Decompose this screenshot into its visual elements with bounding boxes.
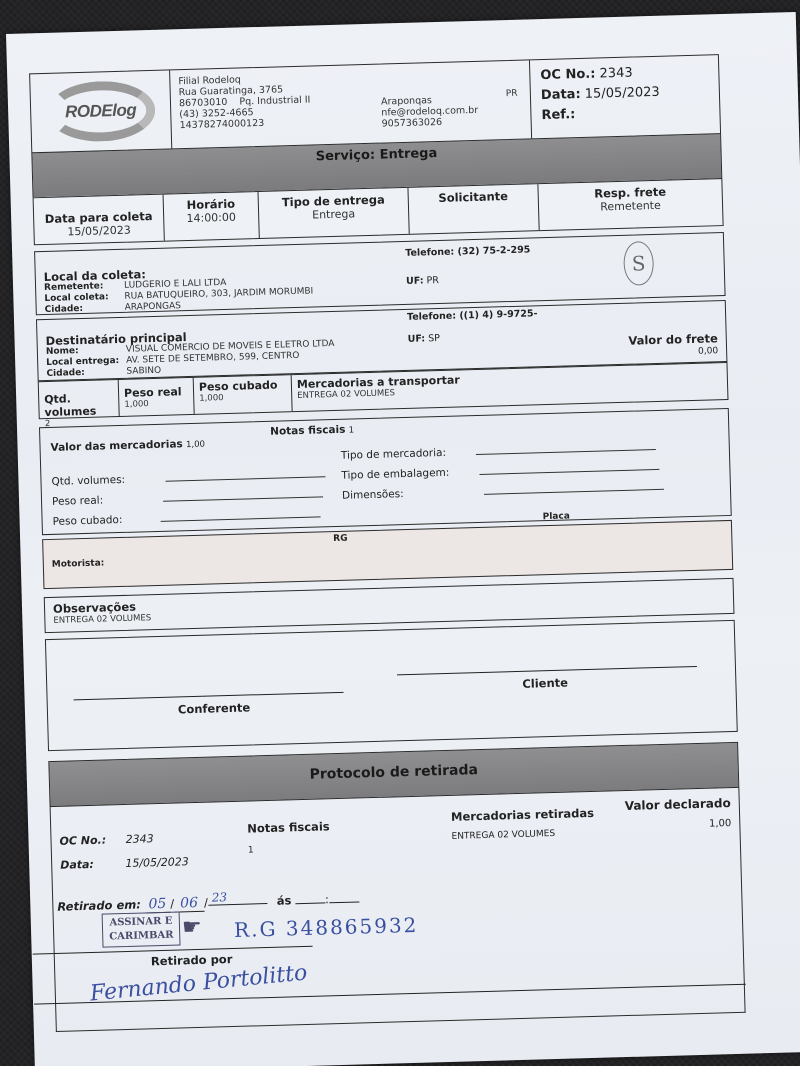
- protocol-oc-label: OC No.:: [59, 834, 106, 848]
- driver-label: Motorista:: [52, 558, 105, 569]
- pointing-hand-icon: ☛: [182, 915, 202, 941]
- oc-label: OC No.:: [540, 67, 595, 84]
- invoices-value: 1: [349, 425, 355, 435]
- cubed-weight-value: 1,000: [199, 391, 286, 403]
- pickup-phone-value: (32) 75-2-295: [457, 244, 530, 257]
- pickup-city-label: Cidade:: [45, 303, 125, 316]
- freight-value: Valor do frete 0,00: [628, 333, 718, 359]
- volumes-label: Qtd. volumes: [44, 391, 114, 419]
- time-value: 14:00:00: [164, 210, 258, 226]
- withdrawn-on-label: Retirado em:: [57, 897, 141, 913]
- withdrawn-day: 05: [144, 896, 170, 914]
- checker-signature-line[interactable]: [74, 692, 344, 701]
- dimensions-label: Dimensões:: [342, 488, 404, 502]
- pickup-date-cell: Data para coleta 15/05/2023: [34, 195, 165, 245]
- cubed-weight-field[interactable]: Peso cubado:: [52, 506, 320, 527]
- goods-real-weight-label: Peso real:: [52, 494, 103, 507]
- rg-label: RG: [333, 534, 348, 544]
- declared-value-amount: 1,00: [709, 818, 732, 830]
- client-label: Cliente: [522, 676, 568, 691]
- stamp-line-2: CARIMBAR: [109, 929, 174, 945]
- pickup-phone-label: Telefone:: [405, 247, 454, 259]
- protocol-invoices-value: 1: [248, 845, 254, 855]
- real-weight-field[interactable]: Peso real:: [52, 486, 323, 508]
- delivery-type-cell: Tipo de entrega Entrega: [259, 188, 410, 238]
- dimensions-field[interactable]: Dimensões:: [342, 479, 664, 502]
- company-logo: RODElog: [46, 80, 156, 143]
- protocol-date-value: 15/05/2023: [125, 855, 189, 870]
- company-uf: PR: [506, 89, 518, 100]
- minute-field[interactable]: [329, 901, 359, 903]
- cubed-weight-label: Peso cubado: [199, 378, 286, 393]
- goods-value-label: Valor das mercadorias: [50, 438, 182, 454]
- real-weight-label: Peso real: [124, 385, 188, 400]
- withdrawn-by-label: Retirado por: [151, 952, 233, 968]
- logo-text: RODElog: [65, 100, 137, 122]
- protocol-goods-label: Mercadorias retiradas: [451, 806, 594, 824]
- withdrawn-month: 06: [174, 895, 204, 913]
- requester-label: Solicitante: [409, 188, 538, 206]
- volumes-field[interactable]: Qtd. volumes:: [51, 466, 325, 488]
- company-contact: Araponqas nfe@rodeloq.com.br 9057363026: [381, 94, 479, 130]
- document-sheet: RODElog Filial Rodeloq Rua Guaratinga, 3…: [6, 12, 800, 1066]
- goods-volumes-label: Qtd. volumes:: [51, 474, 125, 488]
- company-address: Filial Rodeloq Rua Guaratinga, 3765 8670…: [170, 60, 532, 148]
- time-cell: Horário 14:00:00: [164, 192, 260, 241]
- hour-field[interactable]: [295, 902, 325, 904]
- recipient-uf-label: UF:: [408, 333, 426, 344]
- date-label: Data:: [541, 87, 581, 103]
- pickup-uf-label: UF:: [406, 275, 424, 286]
- freight-value-label: Valor do frete: [628, 333, 718, 346]
- handwritten-rg: R.G 348865932: [234, 913, 419, 942]
- signature-section: Conferente Cliente: [45, 620, 738, 751]
- freight-value-amount: 0,00: [698, 346, 718, 357]
- invoices-label: Notas fiscais: [270, 424, 346, 438]
- collection-order-form: RODElog Filial Rodeloq Rua Guaratinga, 3…: [29, 54, 746, 1032]
- recipient-phone-label: Telefone:: [407, 311, 456, 323]
- checker-label: Conferente: [178, 700, 251, 716]
- recipient-uf-value: SP: [428, 333, 440, 344]
- recipient-city-label: Cidade:: [46, 367, 126, 380]
- sign-and-stamp-box: ASSINAR E CARIMBAR: [102, 911, 181, 947]
- goods-cubed-weight-label: Peso cubado:: [52, 514, 122, 528]
- company-ie: 9057363026: [382, 116, 479, 130]
- protocol-date-label: Data:: [60, 858, 94, 872]
- cubed-weight-cell: Peso cubado 1,000: [194, 375, 293, 414]
- freight-resp-cell: Resp. frete Remetente: [538, 179, 722, 230]
- declared-value-label: Valor declarado: [625, 796, 731, 813]
- requester-cell: Solicitante: [408, 184, 539, 234]
- goods-type-label: Tipo de mercadoria:: [341, 447, 446, 462]
- service-title: Serviço: Entrega: [316, 146, 438, 164]
- pickup-uf-value: PR: [426, 275, 439, 286]
- logo-cell: RODElog: [30, 70, 172, 152]
- order-date: 15/05/2023: [585, 85, 660, 102]
- packaging-label: Tipo de embalagem:: [341, 467, 449, 482]
- pickup-city-value: ARAPONGAS: [125, 301, 182, 314]
- order-info: OC No.: 2343 Data: 15/05/2023 Ref.:: [530, 55, 720, 138]
- real-weight-cell: Peso real 1,000: [119, 378, 195, 416]
- protocol-oc-value: 2343: [125, 832, 153, 846]
- protocol-section: OC No.: 2343 Data: 15/05/2023 Notas fisc…: [50, 788, 746, 1032]
- real-weight-value: 1,000: [124, 398, 188, 410]
- recipient-city-value: SABINO: [126, 366, 161, 378]
- protocol-invoices-label: Notas fiscais: [247, 819, 330, 835]
- packaging-field[interactable]: Tipo de embalagem:: [341, 459, 659, 482]
- plate-label: Placa: [543, 511, 570, 522]
- recipient-phone-value: ((1) 4) 9-9725-: [459, 308, 537, 321]
- client-signature-line[interactable]: [397, 666, 697, 675]
- goods-value-amount: 1,00: [186, 440, 205, 451]
- oc-number: 2343: [599, 66, 632, 82]
- goods-details: Valor das mercadorias 1,00 Notas fiscais…: [39, 408, 732, 535]
- ref-label: Ref.:: [541, 107, 575, 123]
- protocol-title: Protocolo de retirada: [309, 762, 478, 783]
- at-label: ás: [277, 893, 292, 907]
- goods-type-field[interactable]: Tipo de mercadoria:: [341, 439, 656, 462]
- withdrawn-on-field[interactable]: Retirado em: 05/06/23 ás :: [57, 886, 359, 914]
- volumes-cell: Qtd. volumes 2: [39, 380, 120, 418]
- withdrawn-year: 23: [208, 889, 268, 906]
- protocol-goods-value: ENTREGA 02 VOLUMES: [451, 829, 555, 842]
